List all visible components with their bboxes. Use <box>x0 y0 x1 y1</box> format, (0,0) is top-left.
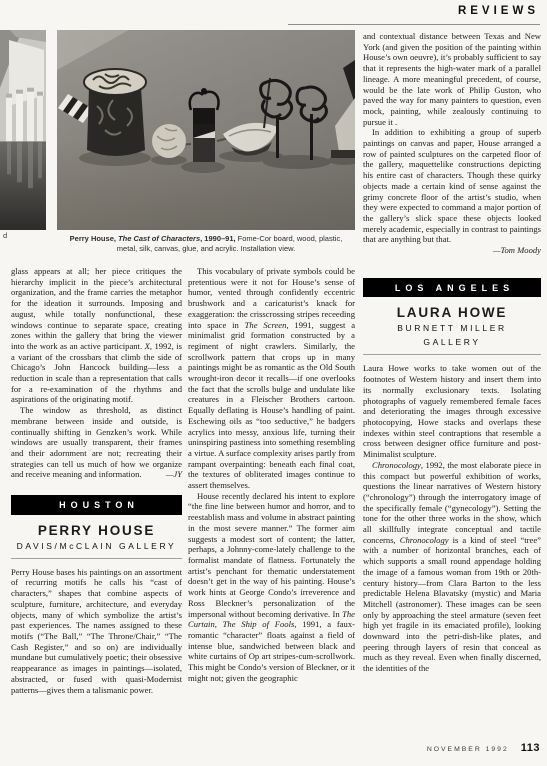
houston-paragraph-5: In addition to exhibiting a group of sup… <box>363 127 541 245</box>
column-middle: This vocabulary of private symbols could… <box>188 266 355 683</box>
text-segment: The Screen <box>245 320 287 330</box>
text-segment: Fome-Cor board, wood, plastic, <box>236 234 343 243</box>
houston-paragraph-2: This vocabulary of private symbols could… <box>188 266 355 491</box>
reviews-banner: REVIEWS <box>458 5 539 17</box>
gallery-name-burnett-miller-line1: BURNETT MILLER <box>363 323 541 334</box>
text-segment: is a kind of steel “tree” with a number … <box>363 535 541 673</box>
issue-date: NOVEMBER 1992 <box>427 746 509 753</box>
text-segment: Chronocology <box>372 460 421 470</box>
text-segment: Perry House, <box>70 234 118 243</box>
city-bar-houston: HOUSTON <box>11 495 182 515</box>
page-number: 113 <box>521 742 540 754</box>
la-paragraph-2: Chronocology, 1992, the most elaborate p… <box>363 460 541 674</box>
text-segment: In addition to exhibiting a group of sup… <box>363 127 541 244</box>
header-rule <box>288 24 540 25</box>
text-segment: , 1991, suggest a minimalist grid format… <box>188 320 355 491</box>
column-right: and contextual distance between Texas an… <box>363 31 541 674</box>
text-segment: and contextual distance between Texas an… <box>363 31 541 127</box>
section-rule <box>363 354 541 355</box>
houston-byline: —Tom Moody <box>363 245 541 256</box>
installation-photo-art <box>57 30 355 230</box>
city-bar-houston-label: HOUSTON <box>54 500 139 510</box>
column-left: glass appears at all; her piece critique… <box>11 266 182 695</box>
houston-paragraph-3: House recently declared his intent to ex… <box>188 491 355 684</box>
text-segment: glass appears at all; her piece critique… <box>11 266 182 351</box>
artist-name-perry-house: PERRY HOUSE <box>11 524 182 538</box>
text-segment: Chronocology <box>400 535 449 545</box>
magazine-page: REVIEWS <box>0 0 547 766</box>
page-footer: NOVEMBER 1992 113 <box>427 742 540 754</box>
figure-caption-line1: Perry House, The Cast of Characters, 199… <box>57 234 355 244</box>
gallery-interior-photo-art <box>0 30 46 230</box>
la-paragraph-1: Laura Howe works to take women out of th… <box>363 363 541 459</box>
section-rule <box>11 558 182 559</box>
genzken-paragraph-1: glass appears at all; her piece critique… <box>11 266 182 405</box>
artist-name-laura-howe: LAURA HOWE <box>363 306 541 320</box>
text-segment: The Cast of Characters <box>118 234 200 243</box>
cropped-caption-fragment: d <box>3 231 7 240</box>
text-segment: House recently declared his intent to ex… <box>188 491 355 619</box>
figure-caption-line2: metal, silk, canvas, glue, and acrylic. … <box>57 244 355 254</box>
text-segment: The window as threshold, as distinct mem… <box>11 405 182 479</box>
text-segment: Laura Howe works to take women out of th… <box>363 363 541 459</box>
figure-caption: Perry House, The Cast of Characters, 199… <box>57 234 355 253</box>
city-bar-los-angeles-label: LOS ANGELES <box>390 283 514 293</box>
city-bar-los-angeles: LOS ANGELES <box>363 278 541 298</box>
genzken-byline: —JY <box>157 469 182 480</box>
text-segment: Perry House bases his paintings on an as… <box>11 567 182 695</box>
gallery-name-burnett-miller-line2: GALLERY <box>363 337 541 348</box>
houston-paragraph-1: Perry House bases his paintings on an as… <box>11 567 182 695</box>
genzken-paragraph-2-text: The window as threshold, as distinct mem… <box>11 405 182 479</box>
text-segment: , 1992, the most elaborate piece in this… <box>363 460 541 545</box>
houston-paragraph-4: and contextual distance between Texas an… <box>363 31 541 127</box>
text-segment: , 1990–91, <box>200 234 235 243</box>
genzken-paragraph-2: The window as threshold, as distinct mem… <box>11 405 182 480</box>
installation-photo <box>57 30 355 230</box>
gallery-name-davis-mcclain: DAVIS/McCLAIN GALLERY <box>11 541 182 552</box>
adjacent-page-photo <box>0 30 46 230</box>
